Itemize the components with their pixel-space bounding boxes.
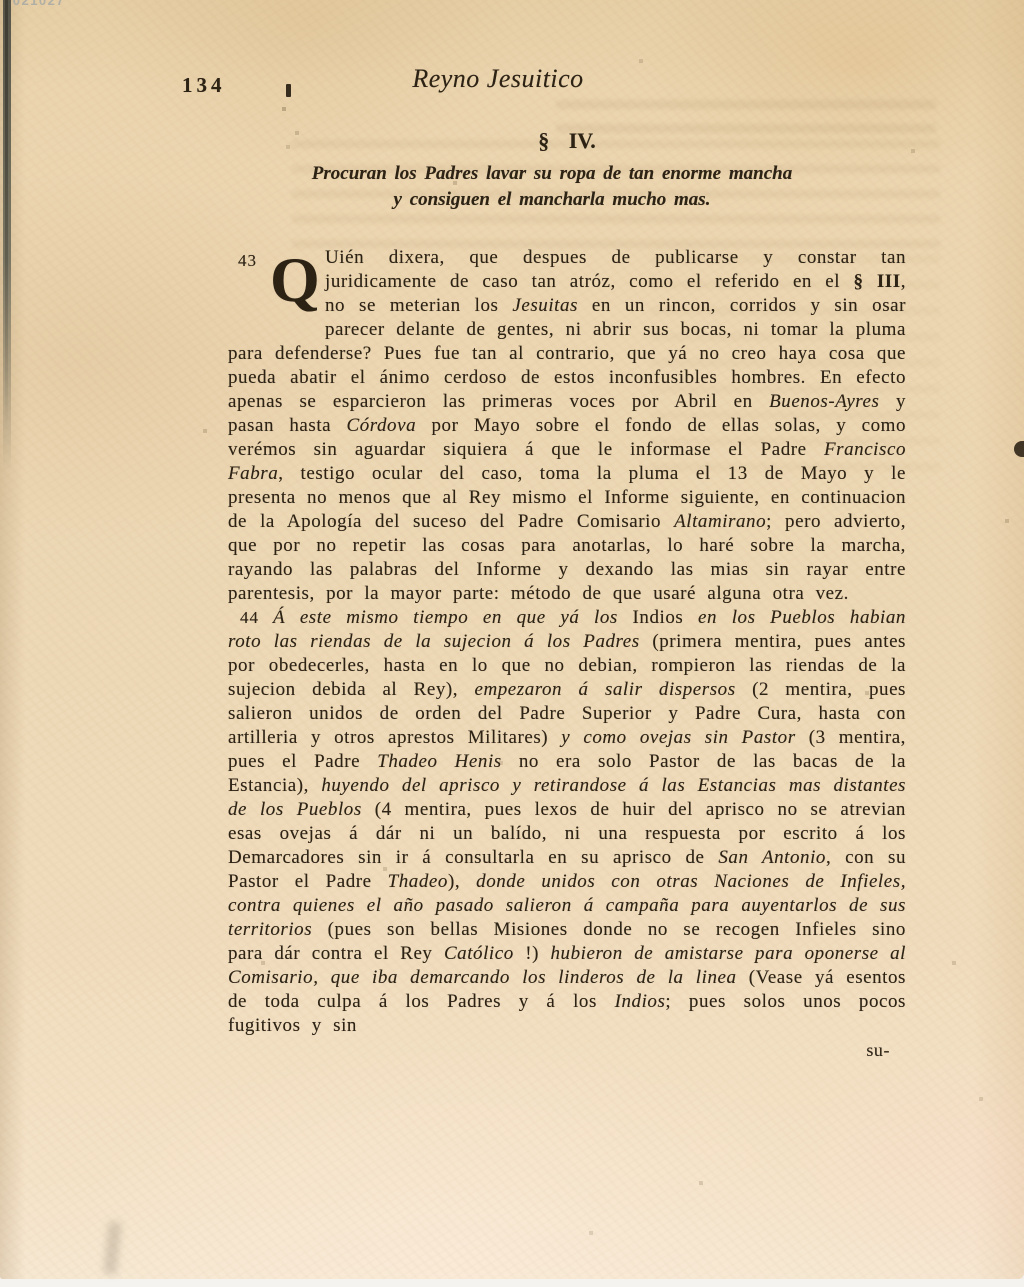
right-edge-ink-blot [1014, 441, 1024, 457]
book-page-scan: 0021027 134 Reyno Jesuitico § IV. Procur… [0, 0, 1024, 1287]
text-run: Altamirano [674, 511, 766, 532]
section-subtitle: Procuran los Padres lavar su ropa de tan… [172, 161, 932, 213]
drop-cap: Q [270, 249, 316, 319]
text-run: Thadeo [388, 871, 448, 892]
text-run: Indios [633, 607, 698, 628]
text-run: San Antonio [718, 847, 826, 868]
text-run: Indios [615, 991, 666, 1012]
paragraph-number: 43 [238, 246, 270, 273]
text-run: Buenos-Ayres [769, 391, 879, 412]
text-run: Jesuitas [512, 295, 578, 316]
section-subtitle-line-2: y consiguen el mancharla mucho mas. [172, 187, 932, 213]
text-run: Thadeo Henis [377, 751, 502, 772]
text-run: !) [514, 943, 551, 964]
section-mark: § IV. [228, 128, 906, 154]
text-run: Uién dixera, que despues de publicarse y… [325, 247, 906, 292]
paragraph-number: 44 [240, 608, 259, 627]
scan-watermark-number: 0021027 [4, 0, 65, 8]
catchword: su- [228, 1038, 906, 1062]
paragraph-43: 43QUién dixera, que despues de publicars… [228, 246, 906, 606]
running-title: Reyno Jesuitico [0, 64, 1010, 94]
text-run: Córdova [347, 415, 417, 436]
text-run: Católico [444, 943, 514, 964]
paragraph-44: 44Á este mismo tiempo en que yá los Indi… [228, 606, 906, 1038]
text-run: ), [448, 871, 476, 892]
paper-speckles [0, 0, 2, 2]
text-run: y como ovejas sin Pastor [561, 727, 809, 748]
body-text: 43QUién dixera, que despues de publicars… [228, 246, 906, 1062]
text-run: § III [853, 271, 900, 292]
section-subtitle-line-1: Procuran los Padres lavar su ropa de tan… [172, 161, 932, 187]
text-run: empezaron á salir dispersos [474, 679, 752, 700]
text-run: Á este mismo tiempo en que yá los [273, 607, 633, 628]
